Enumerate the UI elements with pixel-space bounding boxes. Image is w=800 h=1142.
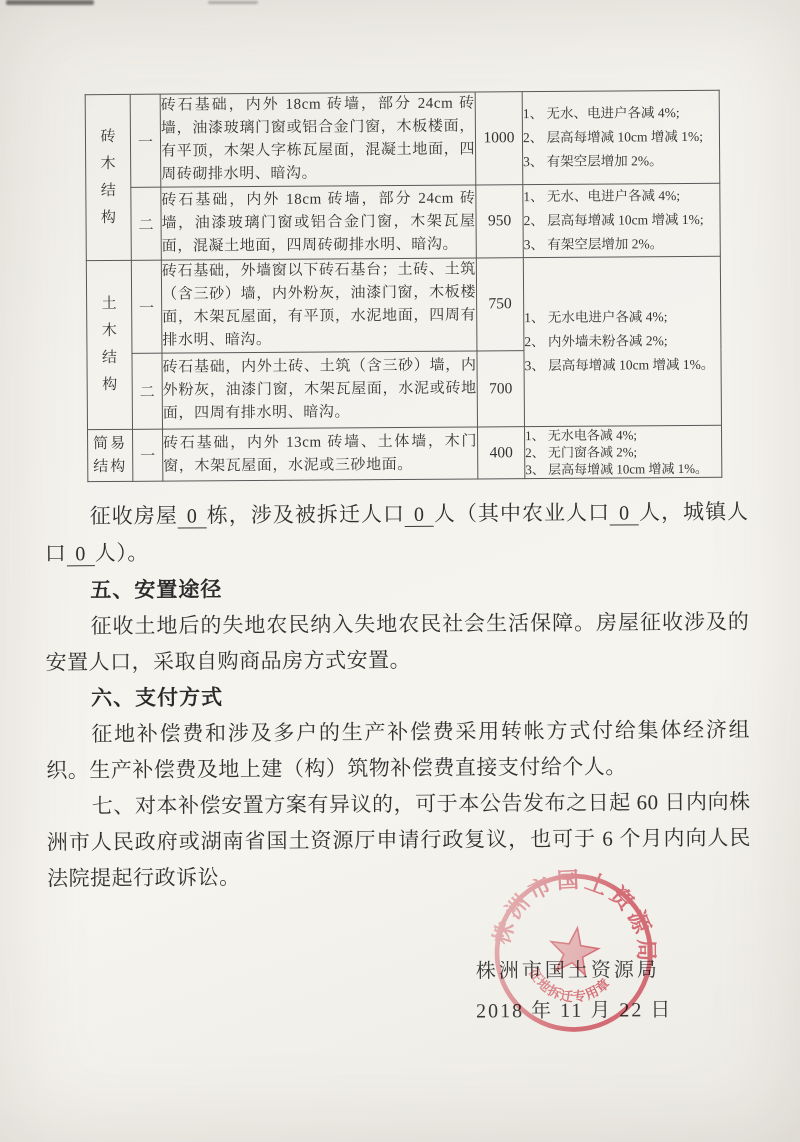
description-cell: 砖石基础，内外土砖、土筑（含三砂）墙，内外粉灰，油漆门窗，木架瓦屋面，水泥或砖地… — [162, 351, 478, 429]
structure-type-cell: 简易结构 — [88, 429, 133, 481]
scanned-document-page: 砖木结构 一 砖石基础，内外 18cm 砖墙，部分 24cm 砖墙，油漆玻璃门窗… — [0, 0, 800, 1142]
buildings-count-value: 0 — [178, 505, 207, 528]
description-cell: 砖石基础，内外 18cm 砖墙，部分 24cm 砖墙，油漆玻璃门窗或铝合金门窗，… — [161, 185, 477, 260]
description-cell: 砖石基础，内外 13cm 砖墙、土体墙，木门窗，木架瓦屋面，水泥或三砂地面。 — [163, 427, 478, 481]
section-6-heading: 六、支付方式 — [46, 676, 750, 717]
structure-type-label: 砖木结构 — [99, 123, 117, 231]
compensation-standards-table: 砖木结构 一 砖石基础，内外 18cm 砖墙，部分 24cm 砖墙，油漆玻璃门窗… — [85, 90, 723, 482]
table-row: 土木结构 一 砖石基础，外墙窗以下砖石基台；土砖、土筑（含三砂）墙，内外粉灰，油… — [86, 256, 721, 353]
structure-type-cell: 土木结构 — [86, 260, 132, 429]
description-cell: 砖石基础，外墙窗以下砖石基台；土砖、土筑（含三砂）墙，内外粉灰，油漆门窗，木板楼… — [161, 258, 477, 353]
seal-inner-text-holder: 征地拆迁专用章 — [522, 963, 615, 1010]
adjustment-cell: 1、 无水电进户各减 4%; 2、 内外墙未粉各减 2%; 3、 层高每增减 1… — [523, 256, 721, 426]
agricultural-count-value: 0 — [610, 502, 639, 525]
housing-count-paragraph: 征收房屋0栋，涉及被拆迁人口0人（其中农业人口0人，城镇人口0人）。 — [44, 494, 748, 573]
table-row: 砖木结构 一 砖石基础，内外 18cm 砖墙，部分 24cm 砖墙，油漆玻璃门窗… — [85, 90, 720, 187]
table-row: 二 砖石基础，内外 18cm 砖墙，部分 24cm 砖墙，油漆玻璃门窗或铝合金门… — [86, 183, 720, 260]
adjustment-cell: 1、 无水、电进户各减 4%; 2、 层高每增减 10cm 增减 1%; 3、 … — [523, 183, 721, 257]
grade-cell: 二 — [131, 187, 162, 260]
section-5-paragraph: 征收土地后的失地农民纳入失地农民社会生活保障。房屋征收涉及的安置人口，采取自购商… — [45, 604, 749, 681]
text-run: 人（其中农业人口 — [433, 501, 610, 526]
grade-cell: 一 — [130, 94, 161, 187]
relocated-count-value: 0 — [405, 504, 434, 527]
text-run: 栋，涉及被拆迁人口 — [206, 502, 405, 527]
adjustment-cell: 1、 无水、电进户各减 4%; 2、 层高每增减 10cm 增减 1%; 3、 … — [522, 90, 720, 184]
scan-tilt-wrapper: 砖木结构 一 砖石基础，内外 18cm 砖墙，部分 24cm 砖墙，油漆玻璃门窗… — [0, 0, 800, 1142]
structure-type-label: 土木结构 — [101, 291, 119, 399]
structure-type-label: 简易结构 — [93, 432, 127, 478]
section-6-paragraph: 征地补偿费和涉及多户的生产补偿费采用转帐方式付给集体经济组织。生产补偿费及地上建… — [46, 712, 750, 789]
grade-cell: 一 — [133, 429, 163, 481]
adjustment-cell: 1、 无水电各减 4%; 2、 无门窗各减 2%; 3、 层高每增减 10cm … — [524, 425, 721, 478]
section-5-heading: 五、安置途径 — [45, 568, 749, 609]
urban-count-value: 0 — [66, 543, 95, 566]
table-row: 简易结构 一 砖石基础，内外 13cm 砖墙、土体墙，木门窗，木架瓦屋面，水泥或… — [88, 425, 722, 481]
price-cell: 400 — [477, 427, 524, 479]
star-icon — [547, 924, 601, 976]
grade-cell: 一 — [131, 260, 162, 353]
price-cell: 700 — [477, 351, 525, 427]
text-run: 人）。 — [95, 541, 149, 565]
description-cell: 砖石基础，内外 18cm 砖墙，部分 24cm 砖墙，油漆玻璃门窗或铝合金门窗，… — [160, 92, 476, 187]
price-cell: 950 — [476, 185, 524, 258]
official-seal: 株洲市国土资源局 征地拆迁专用章 — [454, 833, 693, 1072]
structure-type-cell: 砖木结构 — [85, 94, 131, 260]
grade-cell: 二 — [132, 353, 163, 429]
seal-inner-text: 征地拆迁专用章 — [522, 963, 615, 1010]
price-cell: 1000 — [475, 92, 523, 185]
price-cell: 750 — [476, 258, 524, 351]
text-run: 征收房屋 — [90, 504, 178, 529]
